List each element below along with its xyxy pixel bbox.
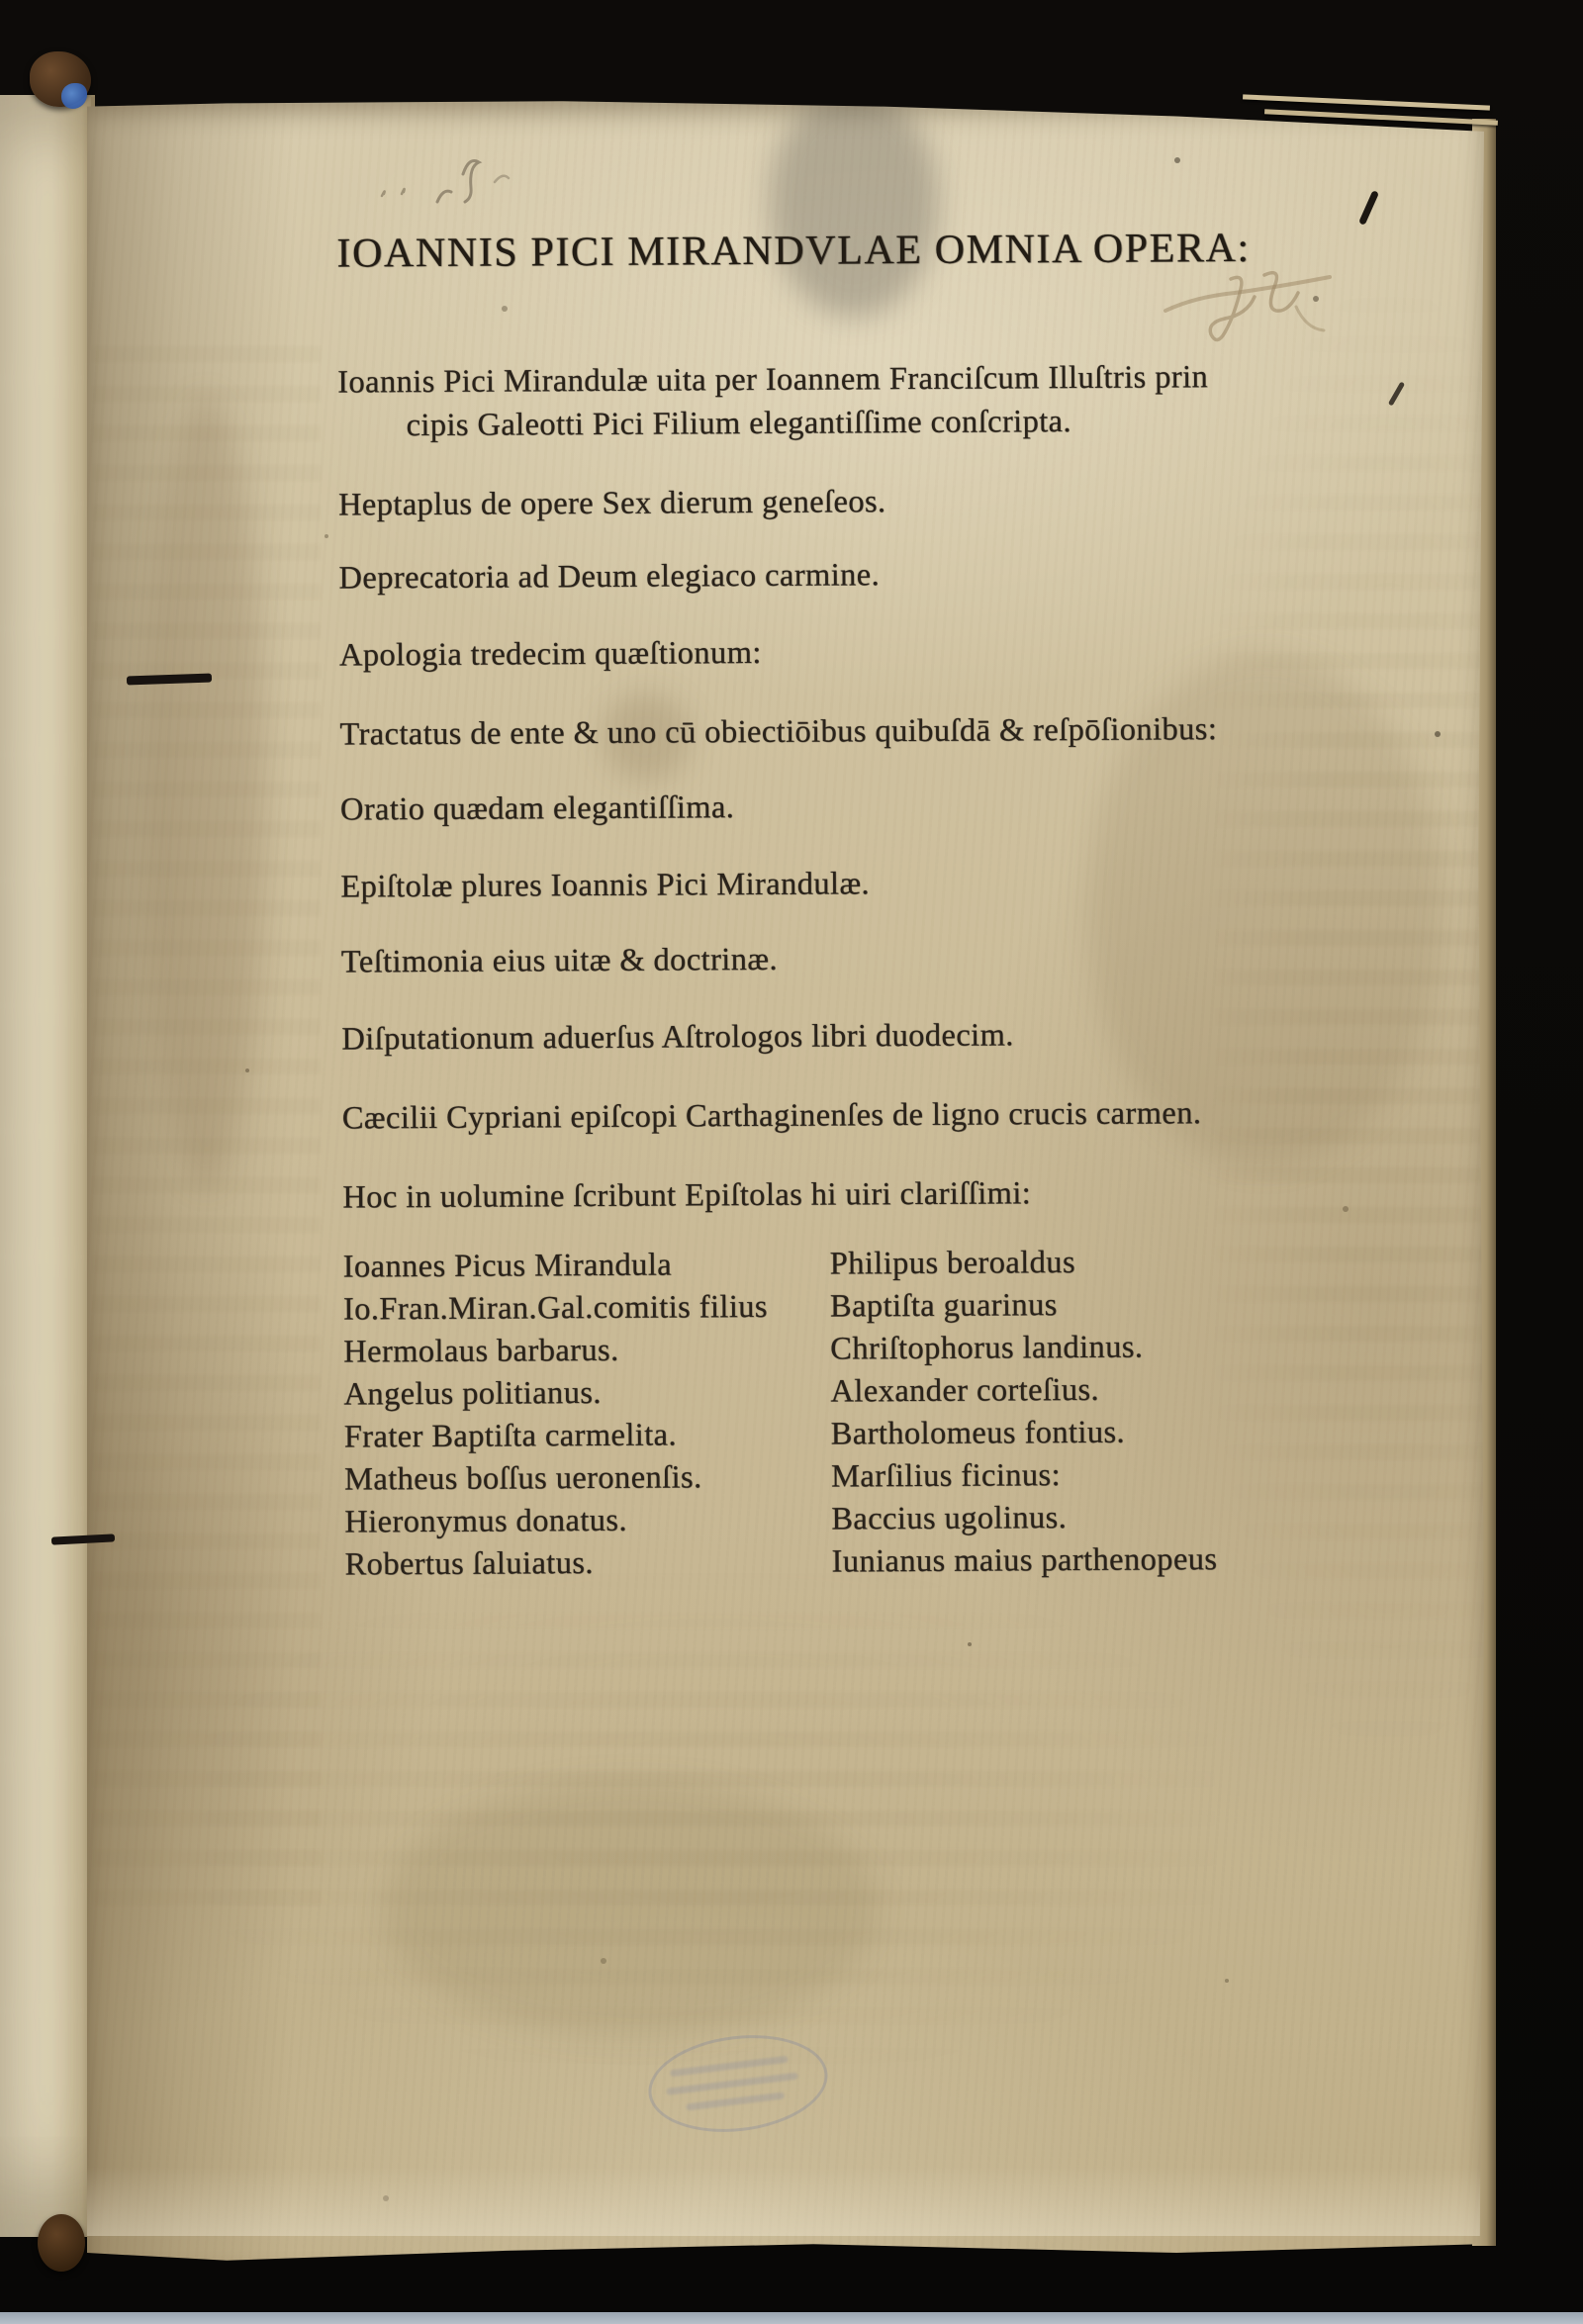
toc-entry-vita-line1: Ioannis Pici Mirandulæ uita per Ioannem … — [337, 359, 1208, 401]
writer-name: Bartholomeus fontius. — [831, 1415, 1126, 1453]
writer-name: Chriſtophorus landinus. — [830, 1330, 1143, 1368]
writers-row: Angelus politianus. Alexander corteſius. — [343, 1371, 1254, 1420]
writers-row: Frater Baptiſta carmelita. Bartholomeus … — [344, 1414, 1255, 1462]
scanner-bed-strip — [0, 2312, 1583, 2324]
writer-name: Hermolaus barbarus. — [343, 1333, 619, 1371]
writers-row: Hermolaus barbarus. Chriſtophorus landin… — [343, 1329, 1254, 1377]
writer-name: Io.Fran.Miran.Gal.comitis filius — [343, 1289, 768, 1329]
writer-name: Marſilius ficinus: — [831, 1457, 1061, 1495]
writer-name: Iunianus maius parthenopeus — [831, 1541, 1217, 1580]
printed-text-block: IOANNIS PICI MIRANDVLAE OMNIA OPERA: Ioa… — [0, 0, 1583, 2324]
writer-name: Philipus beroaldus — [830, 1245, 1075, 1283]
writers-row: Robertus ſaluiatus. Iunianus maius parth… — [344, 1541, 1255, 1590]
toc-entry-deprecatoria: Deprecatoria ad Deum elegiaco carmine. — [338, 557, 880, 597]
toc-entry-heptaplus: Heptaplus de opere Sex dierum geneſeos. — [338, 484, 886, 523]
toc-entry-epistolarum-heading: Hoc in uolumine ſcribunt Epiſtolas hi ui… — [342, 1175, 1031, 1216]
toc-entry-oratio: Oratio quædam elegantiſſima. — [340, 790, 735, 828]
toc-entry-vita-line2: cipis Galeotti Pici Filium elegantiſſime… — [406, 404, 1071, 444]
letter-writers-columns: Ioannes Picus Mirandula Philipus beroald… — [343, 1244, 1256, 1590]
writer-name: Robertus ſaluiatus. — [344, 1545, 594, 1584]
toc-entry-tractatus: Tractatus de ente & uno cū obiectiōibus … — [339, 711, 1217, 753]
writer-name: Hieronymus donatus. — [344, 1503, 627, 1541]
toc-entry-epistolae: Epiſtolæ plures Ioannis Pici Mirandulæ. — [340, 866, 870, 905]
writer-name: Baptiſta guarinus — [830, 1287, 1058, 1325]
writer-name: Baccius ugolinus. — [831, 1500, 1067, 1537]
writer-name: Frater Baptiſta carmelita. — [344, 1417, 677, 1455]
toc-entry-apologia: Apologia tredecim quæſtionum: — [339, 635, 762, 675]
page-title: IOANNIS PICI MIRANDVLAE OMNIA OPERA: — [336, 225, 1251, 278]
writers-row: Io.Fran.Miran.Gal.comitis filius Baptiſt… — [343, 1286, 1254, 1335]
writer-name: Angelus politianus. — [343, 1375, 602, 1414]
writers-row: Hieronymus donatus. Baccius ugolinus. — [344, 1499, 1255, 1547]
toc-entry-caecilii: Cæcilii Cypriani epiſcopi Carthaginenſes… — [342, 1095, 1202, 1137]
writer-name: Matheus boſſus ueronenſis. — [344, 1459, 702, 1498]
scanned-book-photograph: IOANNIS PICI MIRANDVLAE OMNIA OPERA: Ioa… — [0, 0, 1583, 2324]
writers-row: Matheus boſſus ueronenſis. Marſilius fic… — [344, 1456, 1255, 1505]
writer-name: Alexander corteſius. — [830, 1372, 1099, 1411]
writers-row: Ioannes Picus Mirandula Philipus beroald… — [343, 1244, 1254, 1292]
writer-name: Ioannes Picus Mirandula — [343, 1248, 673, 1286]
toc-entry-testimonia: Teſtimonia eius uitæ & doctrinæ. — [341, 942, 778, 981]
toc-entry-disputationum: Diſputationum aduerſus Aſtrologos libri … — [341, 1017, 1014, 1058]
